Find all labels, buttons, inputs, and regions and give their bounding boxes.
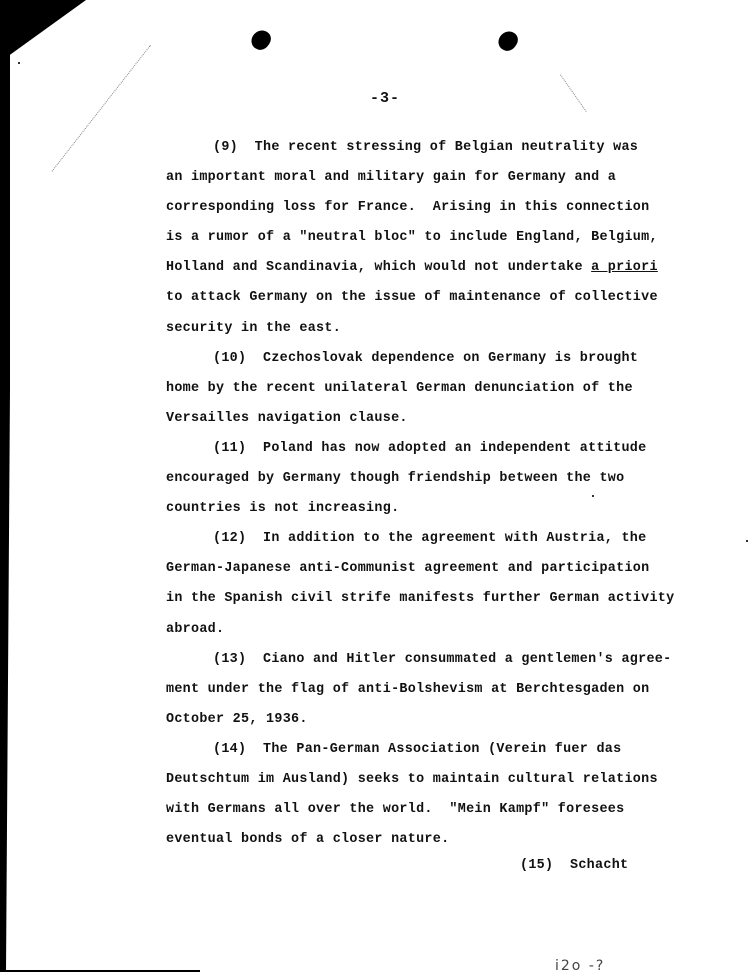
paragraph-9-line: is a rumor of a "neutral bloc" to includ… <box>166 223 726 253</box>
paragraph-9-line: (9) The recent stressing of Belgian neut… <box>166 133 726 163</box>
paragraph-13-line: October 25, 1936. <box>166 705 726 735</box>
paragraph-10-line: home by the recent unilateral German den… <box>166 374 726 404</box>
paragraph-9-line-text: Holland and Scandinavia, which would not… <box>166 260 591 275</box>
scan-left-border <box>0 0 10 972</box>
paragraph-14-line: with Germans all over the world. "Mein K… <box>166 795 726 825</box>
paragraph-13-line: ment under the flag of anti-Bolshevism a… <box>166 675 726 705</box>
punch-hole-right <box>495 28 521 55</box>
scan-speck <box>592 495 594 497</box>
paragraph-10-line: (10) Czechoslovak dependence on Germany … <box>166 344 726 374</box>
paragraph-9-line: security in the east. <box>166 314 726 344</box>
paragraph-12-line: in the Spanish civil strife manifests fu… <box>166 584 726 614</box>
punch-hole-left <box>248 27 274 54</box>
document-body: (9) The recent stressing of Belgian neut… <box>166 133 726 855</box>
underlined-a-priori: a priori <box>591 260 658 275</box>
paragraph-9-line: Holland and Scandinavia, which would not… <box>166 253 726 283</box>
scan-speck <box>18 62 20 64</box>
paragraph-11-line: encouraged by Germany though friendship … <box>166 464 726 494</box>
paragraph-14-line: eventual bonds of a closer nature. <box>166 825 726 855</box>
paragraph-14-line: (14) The Pan-German Association (Verein … <box>166 735 726 765</box>
scan-corner-shadow <box>0 0 86 62</box>
paragraph-9-line: corresponding loss for France. Arising i… <box>166 193 726 223</box>
paragraph-11-line: countries is not increasing. <box>166 494 726 524</box>
continuation-catchword: (15) Schacht <box>520 858 628 873</box>
paragraph-11-line: (11) Poland has now adopted an independe… <box>166 434 726 464</box>
paragraph-10-line: Versailles navigation clause. <box>166 404 726 434</box>
page-number: -3- <box>0 90 750 107</box>
paragraph-9-line: an important moral and military gain for… <box>166 163 726 193</box>
paragraph-13-line: (13) Ciano and Hitler consummated a gent… <box>166 645 726 675</box>
paragraph-9-line: to attack Germany on the issue of mainte… <box>166 283 726 313</box>
paragraph-14-line: Deutschtum im Ausland) seeks to maintain… <box>166 765 726 795</box>
scan-speck <box>746 540 748 542</box>
paragraph-12-line: abroad. <box>166 615 726 645</box>
paragraph-12-line: German-Japanese anti-Communist agreement… <box>166 554 726 584</box>
handwritten-footer-mark: i2o -? <box>555 958 605 972</box>
paragraph-12-line: (12) In addition to the agreement with A… <box>166 524 726 554</box>
scan-artifact-line <box>51 45 150 172</box>
